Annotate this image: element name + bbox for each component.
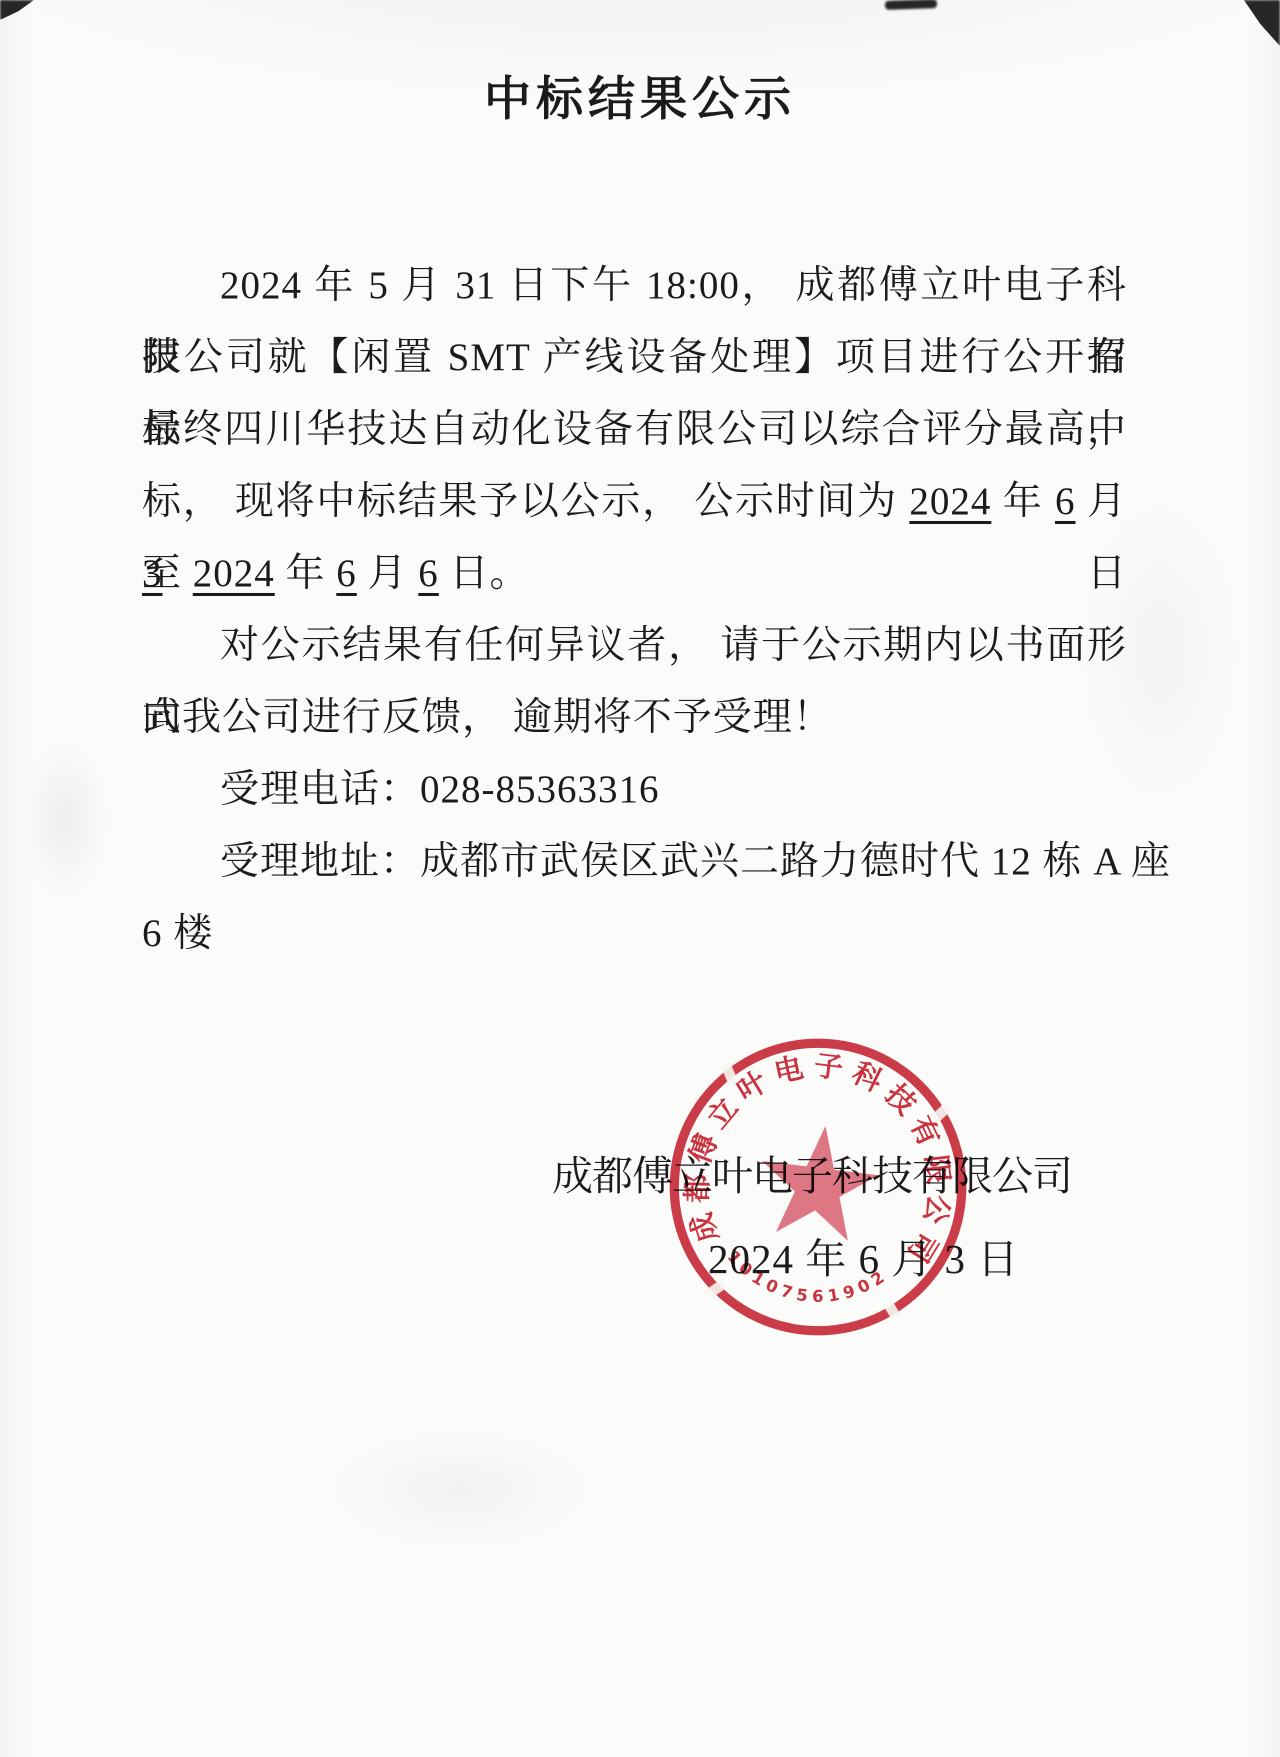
body-line-3: 最终四川华技达自动化设备有限公司以综合评分最高中 xyxy=(142,394,1127,466)
scan-smudge xyxy=(20,740,110,900)
address-line: 受理地址：成都市武侯区武兴二路力德时代 12 栋 A 座 xyxy=(142,826,1127,898)
body-line-4-text: 月 xyxy=(1076,480,1127,523)
address-line-2: 6 楼 xyxy=(142,898,1127,970)
body-line-4-text: 标， 现将中标结果予以公示， 公示时间为 xyxy=(142,480,909,523)
underlined-year: 2024 xyxy=(909,480,991,523)
scanned-document-page: 中标结果公示 2024 年 5 月 31 日下午 18:00， 成都傅立叶电子科… xyxy=(0,0,1280,1757)
body-line-1: 2024 年 5 月 31 日下午 18:00， 成都傅立叶电子科技有 xyxy=(142,250,1127,322)
underlined-day: 6 xyxy=(418,552,439,595)
company-seal-stamp: 成都傅立叶电子科技有限公司 5101075619023 xyxy=(664,1033,972,1341)
document-body: 2024 年 5 月 31 日下午 18:00， 成都傅立叶电子科技有 限公司就… xyxy=(142,250,1127,970)
scan-artifact-top-left xyxy=(0,0,34,20)
scan-artifact-top-center xyxy=(885,0,937,10)
underlined-month: 6 xyxy=(1055,480,1076,523)
body-line-5-text: 日。 xyxy=(439,552,530,595)
phone-line: 受理电话：028-85363316 xyxy=(142,754,1127,826)
body-line-5-text: 年 xyxy=(275,552,337,595)
body-line-5-text: 月 xyxy=(357,552,419,595)
body-line-5-text: 至 xyxy=(142,552,193,595)
seal-star-icon xyxy=(754,1119,884,1244)
body-line-4-text: 年 xyxy=(991,480,1055,523)
body-line-7: 向我公司进行反馈， 逾期将不予受理！ xyxy=(142,682,1127,754)
underlined-month: 6 xyxy=(336,552,357,595)
underlined-year: 2024 xyxy=(193,552,275,595)
body-line-6: 对公示结果有任何异议者， 请于公示期内以书面形式 xyxy=(142,610,1127,682)
scan-smudge xyxy=(330,1430,590,1550)
page-title: 中标结果公示 xyxy=(0,62,1280,129)
body-line-2: 限公司就【闲置 SMT 产线设备处理】项目进行公开招标， xyxy=(142,322,1127,394)
body-line-4: 标， 现将中标结果予以公示， 公示时间为 2024 年 6 月 3 日 xyxy=(142,466,1127,538)
scan-artifact-top-right xyxy=(1236,0,1280,46)
